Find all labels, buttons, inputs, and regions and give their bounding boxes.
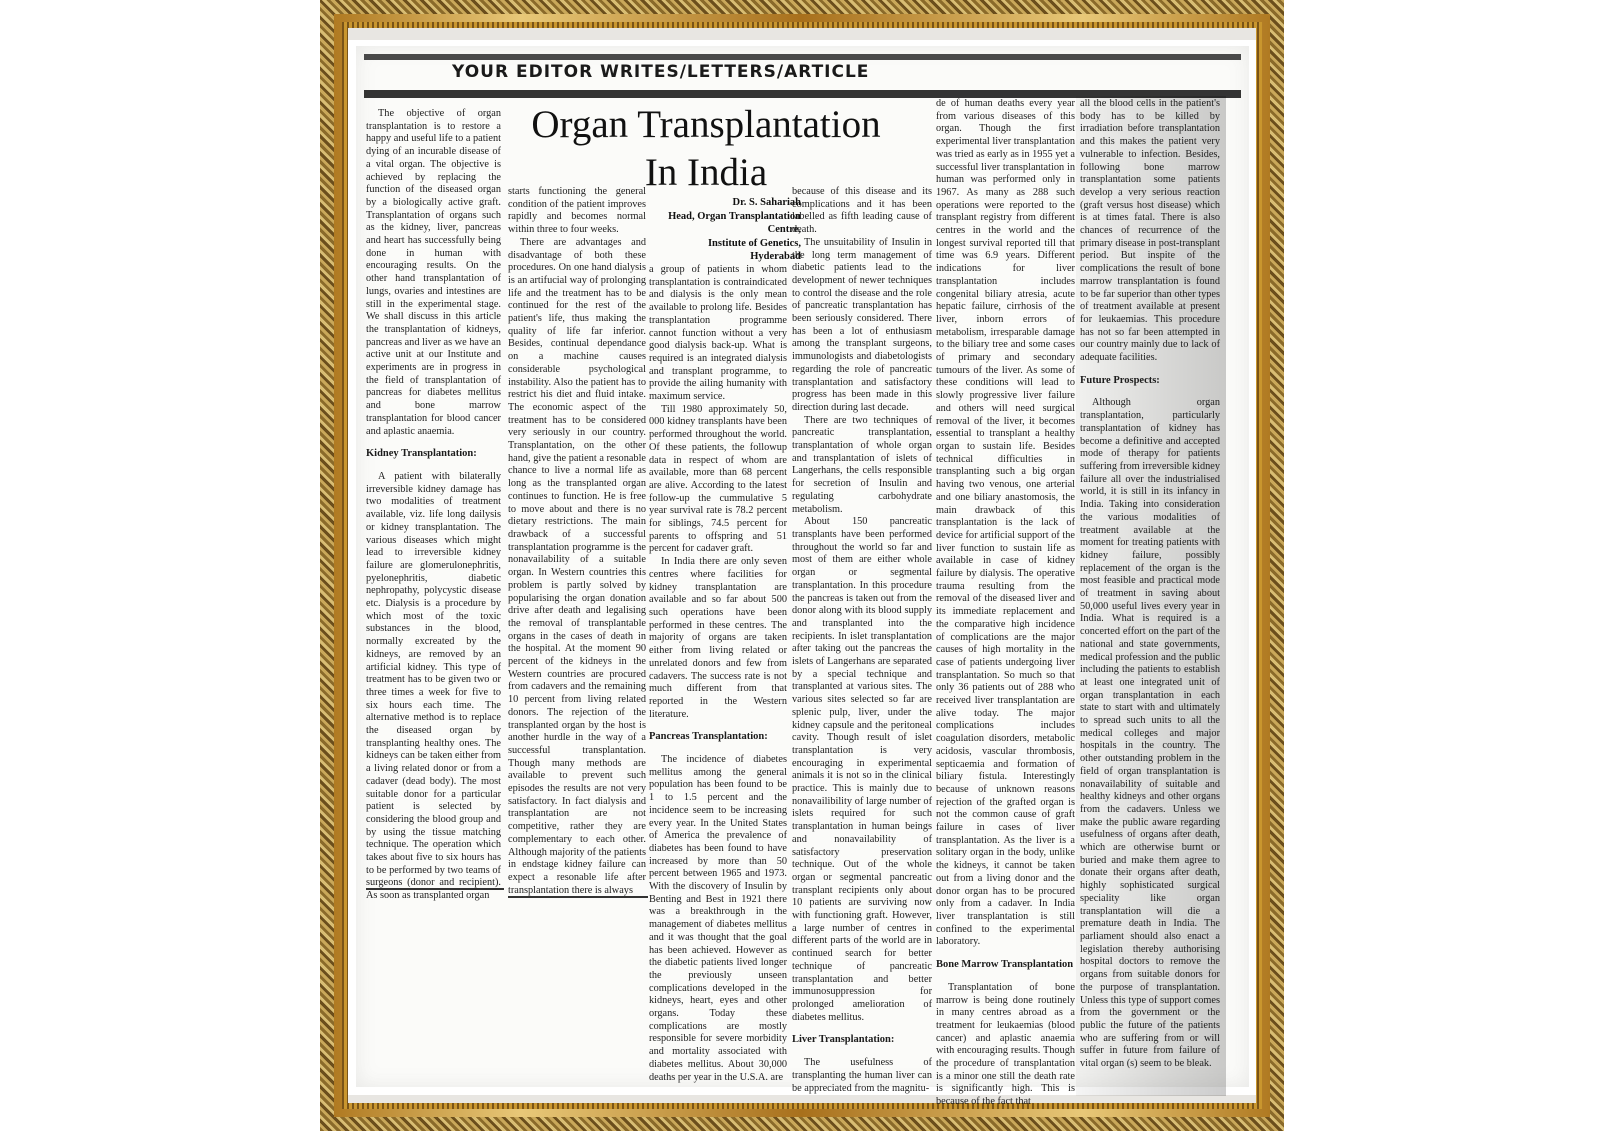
paragraph: all the blood cells in the patient's bod… bbox=[1080, 98, 1220, 365]
paragraph: There are two techniques of pancreatic t… bbox=[792, 415, 932, 517]
column-end-rule bbox=[508, 896, 648, 898]
subheading-kidney: Kidney Transplantation: bbox=[366, 448, 501, 461]
paragraph: because of this disease and its complica… bbox=[792, 186, 932, 237]
column-2: starts functioning the general condition… bbox=[508, 186, 646, 897]
paragraph: starts functioning the general condition… bbox=[508, 186, 646, 237]
author-institute: Institute of Genetics, bbox=[646, 237, 801, 251]
column-4: because of this disease and its complica… bbox=[792, 186, 932, 1095]
paragraph: a group of patients in whom transplantat… bbox=[649, 264, 787, 404]
paragraph: The unsuitability of Insulin in the long… bbox=[792, 237, 932, 415]
paragraph: The objective of organ transplantation i… bbox=[366, 108, 501, 438]
subheading-pancreas: Pancreas Transplantation: bbox=[649, 731, 787, 744]
header-rule bbox=[364, 90, 1241, 98]
column-end-rule bbox=[366, 888, 504, 890]
paragraph: Till 1980 approximately 50, 000 kidney t… bbox=[649, 404, 787, 556]
author-city: Hyderabad bbox=[646, 250, 801, 264]
newspaper-clipping: YOUR EDITOR WRITES/LETTERS/ARTICLE Organ… bbox=[356, 46, 1249, 1087]
column-6: all the blood cells in the patient's bod… bbox=[1080, 98, 1220, 1071]
paragraph: Transplantation of bone marrow is being … bbox=[936, 982, 1075, 1109]
title-line-1: Organ Transplantation bbox=[516, 101, 896, 149]
paragraph: There are advantages and disadvantage of… bbox=[508, 237, 646, 898]
column-3: a group of patients in whom transplantat… bbox=[649, 264, 787, 1084]
section-header: YOUR EDITOR WRITES/LETTERS/ARTICLE bbox=[452, 62, 869, 82]
author-name: Dr. S. Sahariah bbox=[646, 196, 801, 210]
subheading-future: Future Prospects: bbox=[1080, 375, 1220, 388]
byline: Dr. S. Sahariah Head, Organ Transplantat… bbox=[646, 196, 801, 264]
paragraph: Although organ transplantation, particul… bbox=[1080, 397, 1220, 1070]
author-position: Head, Organ Transplantation Centre, bbox=[646, 210, 801, 237]
column-5: de of human deaths every year from vario… bbox=[936, 98, 1075, 1109]
paragraph: A patient with bilaterally irreversible … bbox=[366, 471, 501, 903]
paragraph: de of human deaths every year from vario… bbox=[936, 98, 1075, 949]
subheading-bone-marrow: Bone Marrow Transplantation bbox=[936, 959, 1075, 972]
paragraph: About 150 pancreatic transplants have be… bbox=[792, 516, 932, 1024]
paragraph: The incidence of diabetes mellitus among… bbox=[649, 754, 787, 1084]
paragraph: In India there are only seven centres wh… bbox=[649, 556, 787, 721]
subheading-liver: Liver Transplantation: bbox=[792, 1034, 932, 1047]
paragraph: The usefulness of transplanting the huma… bbox=[792, 1057, 932, 1095]
top-rule bbox=[364, 54, 1241, 60]
article-title: Organ Transplantation In India bbox=[516, 101, 896, 197]
column-1: The objective of organ transplantation i… bbox=[366, 108, 501, 903]
